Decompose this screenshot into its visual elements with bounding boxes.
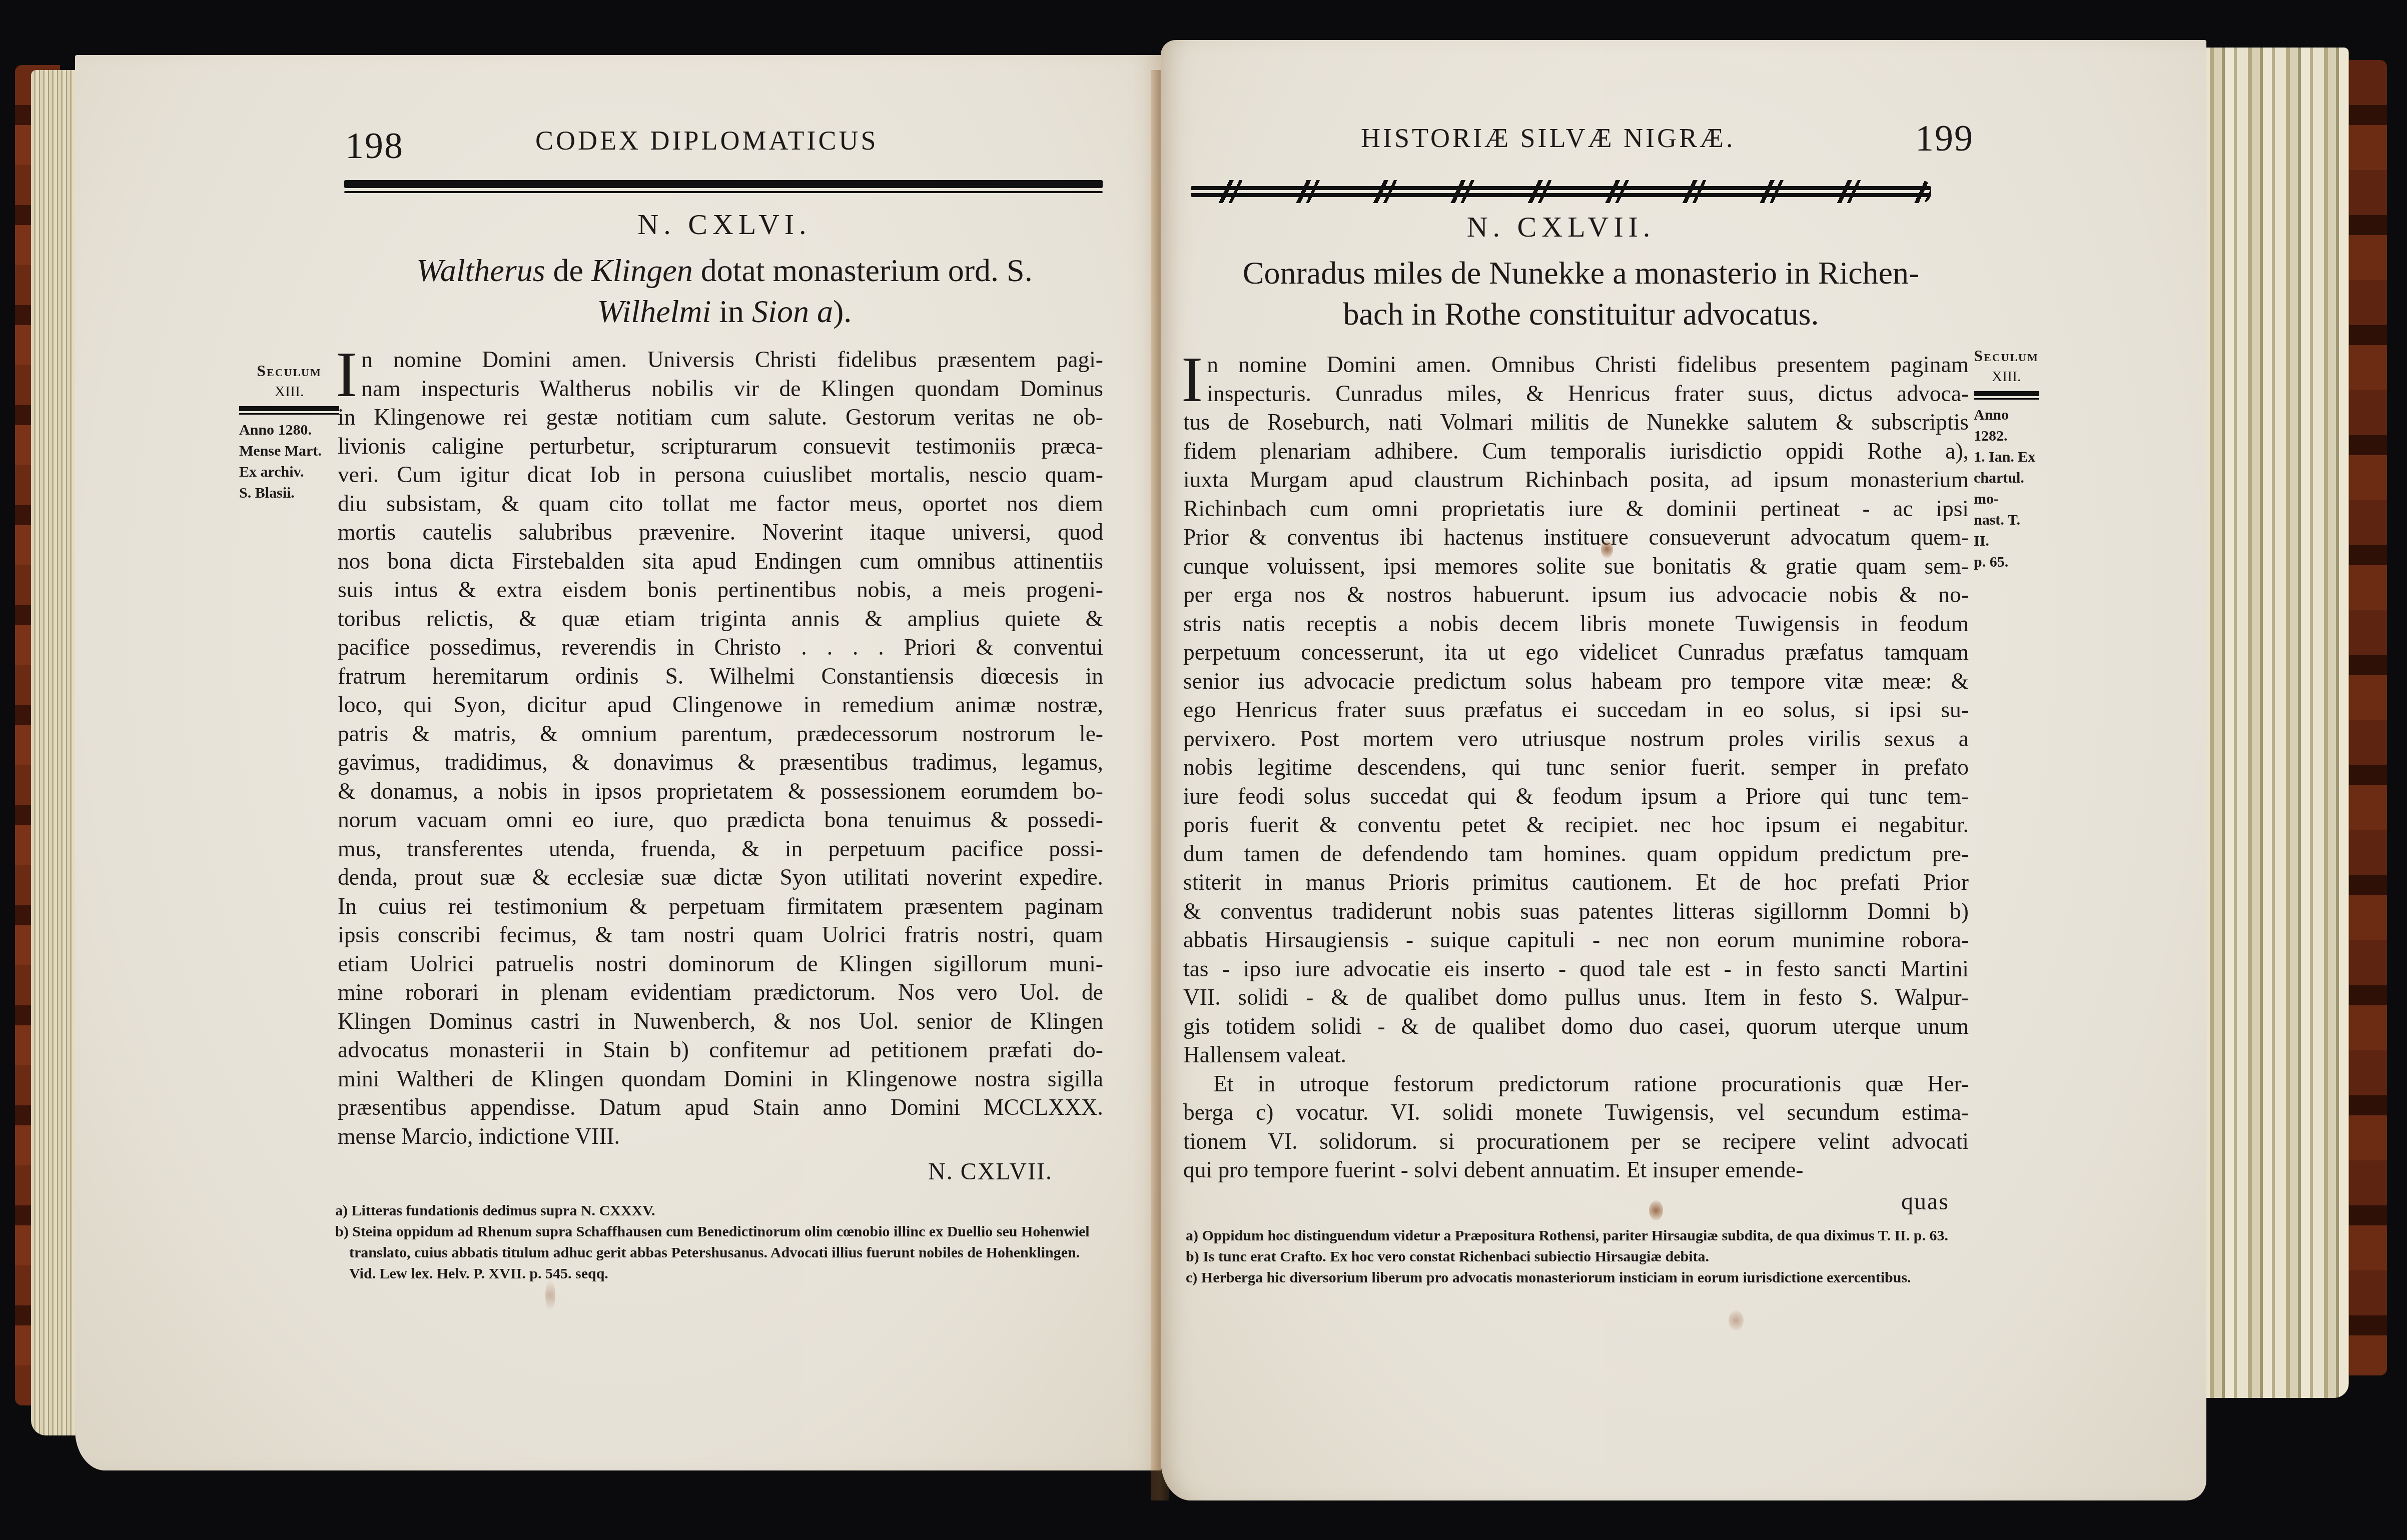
body-line: denda, prout suæ & ecclesiæ suæ dictæ Sy… bbox=[338, 863, 1103, 892]
body-line: tas - ipso iure advocatie eis inserto - … bbox=[1183, 954, 1969, 983]
body-line: nobis legitime descendens, qui tunc seni… bbox=[1183, 753, 1969, 782]
body-line: senior ius advocacie predictum solus hab… bbox=[1183, 667, 1969, 696]
body-line: loco, qui Syon, dicitur apud Clingenowe … bbox=[338, 690, 1103, 719]
body-line: berga c) vocatur. VI. solidi monete Tuwi… bbox=[1183, 1098, 1969, 1127]
body-line: & donamus, a nobis in ipsos proprietatem… bbox=[338, 777, 1103, 806]
body-line: pervixero. Post mortem vero utriusque no… bbox=[1183, 724, 1969, 753]
body-line: Et in utroque festorum predictorum ratio… bbox=[1183, 1069, 1969, 1098]
left-title-line-1: Waltherus de Klingen dotat monasterium o… bbox=[345, 250, 1104, 291]
margin-rule-thin bbox=[1974, 398, 2039, 400]
left-document-title: Waltherus de Klingen dotat monasterium o… bbox=[345, 250, 1104, 332]
body-line: Richinbach cum omni proprietatis iure & … bbox=[1183, 494, 1969, 523]
century-label: XIII. bbox=[1974, 366, 2039, 387]
body-line: inspecturis. Cunradus miles, & Henricus … bbox=[1183, 379, 1969, 408]
footnote-a: a) Oppidum hoc distinguendum videtur a P… bbox=[1186, 1225, 1966, 1246]
body-line: mense Marcio, indictione VIII. bbox=[338, 1122, 1103, 1151]
right-footnotes: a) Oppidum hoc distinguendum videtur a P… bbox=[1186, 1225, 1966, 1288]
margin-line: Mense Mart. bbox=[239, 441, 339, 462]
body-line: gis totidem solidi - & de qualibet domo … bbox=[1183, 1012, 1969, 1041]
seculum-label: Seculum bbox=[239, 360, 339, 381]
right-catchword: quas bbox=[1901, 1188, 1949, 1215]
body-line: toribus relictis, & quæ etiam triginta a… bbox=[338, 604, 1103, 633]
body-line: iure feodi solus succedat qui & feodum i… bbox=[1183, 782, 1969, 811]
body-line: in Klingenowe rei gestæ notitiam cum sal… bbox=[338, 403, 1103, 432]
body-line: præsentibus appendisse. Datum apud Stain… bbox=[338, 1093, 1103, 1122]
foxing-stain bbox=[1649, 1200, 1663, 1220]
drop-cap: I bbox=[1181, 352, 1203, 407]
leather-binding-right bbox=[2347, 60, 2387, 1375]
body-line: Klingen Dominus castri in Nuwenberch, & … bbox=[338, 1007, 1103, 1036]
body-line: dum tamen de defendendo tam homines. qua… bbox=[1183, 839, 1969, 868]
drop-cap: I bbox=[336, 347, 357, 402]
left-title-line-2: Wilhelmi in Sion a). bbox=[345, 291, 1104, 332]
seculum-label: Seculum bbox=[1974, 345, 2039, 366]
foxing-stain bbox=[1601, 540, 1613, 558]
body-line: Hallensem valeat. bbox=[1183, 1040, 1969, 1069]
left-folio: 198 bbox=[345, 125, 404, 168]
left-document-number: N. CXLVI. bbox=[345, 208, 1104, 241]
body-line: mini Waltheri de Klingen quondam Domini … bbox=[338, 1064, 1103, 1093]
body-line: mine roborari in plenam evidentiam prædi… bbox=[338, 978, 1103, 1007]
body-line: qui pro tempore fuerint - solvi debent a… bbox=[1183, 1155, 1969, 1184]
right-document-title: Conradus miles de Nunekke a monasterio i… bbox=[1186, 253, 1976, 335]
body-line: tionem VI. solidorum. si procurationem p… bbox=[1183, 1127, 1969, 1156]
body-line: gavimus, tradidimus, & donavimus & præse… bbox=[338, 748, 1103, 777]
body-line: poris fuerit & conventu petet & recipiet… bbox=[1183, 810, 1969, 839]
body-line: norum vacuam omni eo iure, quo prædicta … bbox=[338, 805, 1103, 834]
right-margin-note: Seculum XIII. Anno 1282. 1. Ian. Ex char… bbox=[1974, 345, 2039, 573]
margin-line: Anno 1280. bbox=[239, 420, 339, 441]
foxing-stain bbox=[545, 1280, 555, 1310]
body-line: ego Henricus frater suus præfatus ei suc… bbox=[1183, 695, 1969, 724]
body-line: abbatis Hirsaugiensis - suique capituli … bbox=[1183, 925, 1969, 954]
left-catchword: N. CXLVII. bbox=[928, 1158, 1053, 1185]
body-line: cunque voluissent, ipsi memores solite s… bbox=[1183, 552, 1969, 581]
body-line: veri. Cum igitur dicat Iob in persona cu… bbox=[338, 460, 1103, 489]
margin-rule-thin bbox=[239, 413, 339, 415]
body-line: stris natis receptis a nobis decem libri… bbox=[1183, 609, 1969, 638]
margin-detail: Anno 1280. Mense Mart. Ex archiv. S. Bla… bbox=[239, 420, 339, 504]
footnote-a: a) Litteras fundationis dedimus supra N.… bbox=[335, 1200, 1101, 1221]
left-head-rule bbox=[344, 180, 1103, 195]
body-line: iuxta Murgam apud claustrum Richinbach p… bbox=[1183, 465, 1969, 494]
right-running-head: HISTORIÆ SILVÆ NIGRÆ. bbox=[1361, 123, 1736, 154]
margin-line: S. Blasii. bbox=[239, 483, 339, 504]
margin-line: nast. T. II. bbox=[1974, 510, 2039, 552]
right-document-number: N. CXLVII. bbox=[1191, 210, 1931, 244]
margin-line: p. 65. bbox=[1974, 552, 2039, 573]
margin-line: 1. Ian. Ex bbox=[1974, 447, 2039, 468]
body-line: suis intus & extra eisdem bonis pertinen… bbox=[338, 575, 1103, 604]
body-line: & conventus tradiderunt nobis suas paten… bbox=[1183, 897, 1969, 926]
body-line: livionis caligine perturbetur, scriptura… bbox=[338, 432, 1103, 461]
margin-line: Ex archiv. bbox=[239, 462, 339, 483]
body-line: ipsis conscribi fecimus, & tam nostri qu… bbox=[338, 920, 1103, 949]
page-edges-right bbox=[2199, 48, 2349, 1398]
body-line: fidem plenariam adhibere. Cum temporalis… bbox=[1183, 437, 1969, 466]
body-line: n nomine Domini amen. Omnibus Christi fi… bbox=[1183, 350, 1969, 379]
century-label: XIII. bbox=[239, 381, 339, 402]
body-line: stiterit in manus Prioris primitus cauti… bbox=[1183, 868, 1969, 897]
body-line: advocatus monasterii in Stain b) confite… bbox=[338, 1035, 1103, 1064]
margin-line: chartul. mo- bbox=[1974, 468, 2039, 510]
body-line: VII. solidi - & de qualibet domo pullus … bbox=[1183, 983, 1969, 1012]
body-line: n nomine Domini amen. Universis Christi … bbox=[338, 345, 1103, 374]
right-body-text: I n nomine Domini amen. Omnibus Christi … bbox=[1183, 350, 1969, 1184]
right-title-line-1: Conradus miles de Nunekke a monasterio i… bbox=[1186, 253, 1976, 294]
body-line: nam inspecturis Waltherus nobilis vir de… bbox=[338, 374, 1103, 403]
body-line: nos bona dicta Firstebalden sita apud En… bbox=[338, 547, 1103, 576]
footnote-b: b) Steina oppidum ad Rhenum supra Schaff… bbox=[335, 1221, 1101, 1284]
footnote-c: c) Herberga hic diversorium liberum pro … bbox=[1186, 1267, 1966, 1288]
body-line: patris & matris, & omnium parentum, præd… bbox=[338, 719, 1103, 748]
margin-detail: Anno 1282. 1. Ian. Ex chartul. mo- nast.… bbox=[1974, 405, 2039, 573]
body-line: diu subsistam, & quam cito tollat me fac… bbox=[338, 489, 1103, 518]
body-line: mus, transferentes utenda, fruenda, & in… bbox=[338, 834, 1103, 863]
body-line: In cuius rei testimonium & perpetuam fir… bbox=[338, 892, 1103, 921]
left-footnotes: a) Litteras fundationis dedimus supra N.… bbox=[335, 1200, 1101, 1284]
body-line: per erga nos & nostros habuerunt. ipsum … bbox=[1183, 580, 1969, 609]
page-edges-left bbox=[31, 70, 76, 1435]
left-body-text: I n nomine Domini amen. Universis Christ… bbox=[338, 345, 1103, 1150]
body-line: fratrum heremitarum ordinis S. Wilhelmi … bbox=[338, 662, 1103, 691]
left-margin-note: Seculum XIII. Anno 1280. Mense Mart. Ex … bbox=[239, 360, 339, 504]
body-line: etiam Uolrici patruelis nostri dominorum… bbox=[338, 949, 1103, 978]
left-running-head: CODEX DIPLOMATICUS bbox=[535, 125, 879, 156]
body-line: pacifice possedimus, reverendis in Chris… bbox=[338, 633, 1103, 662]
foxing-stain bbox=[1729, 1310, 1744, 1330]
right-head-ornament bbox=[1191, 180, 1931, 203]
body-line: perpetuum concesserunt, ita ut ego videl… bbox=[1183, 638, 1969, 667]
footnote-b: b) Is tunc erat Crafto. Ex hoc vero cons… bbox=[1186, 1246, 1966, 1267]
margin-rule bbox=[1974, 391, 2039, 396]
margin-rule bbox=[239, 406, 339, 411]
right-folio: 199 bbox=[1915, 118, 1974, 160]
margin-line: Anno 1282. bbox=[1974, 405, 2039, 447]
body-line: mortis cautelis salubribus prævenire. No… bbox=[338, 518, 1103, 547]
body-line: Prior & conventus ibi hactenus instituer… bbox=[1183, 523, 1969, 552]
right-title-line-2: bach in Rothe constituitur advocatus. bbox=[1186, 294, 1976, 335]
body-line: tus de Roseburch, nati Volmari militis d… bbox=[1183, 408, 1969, 437]
